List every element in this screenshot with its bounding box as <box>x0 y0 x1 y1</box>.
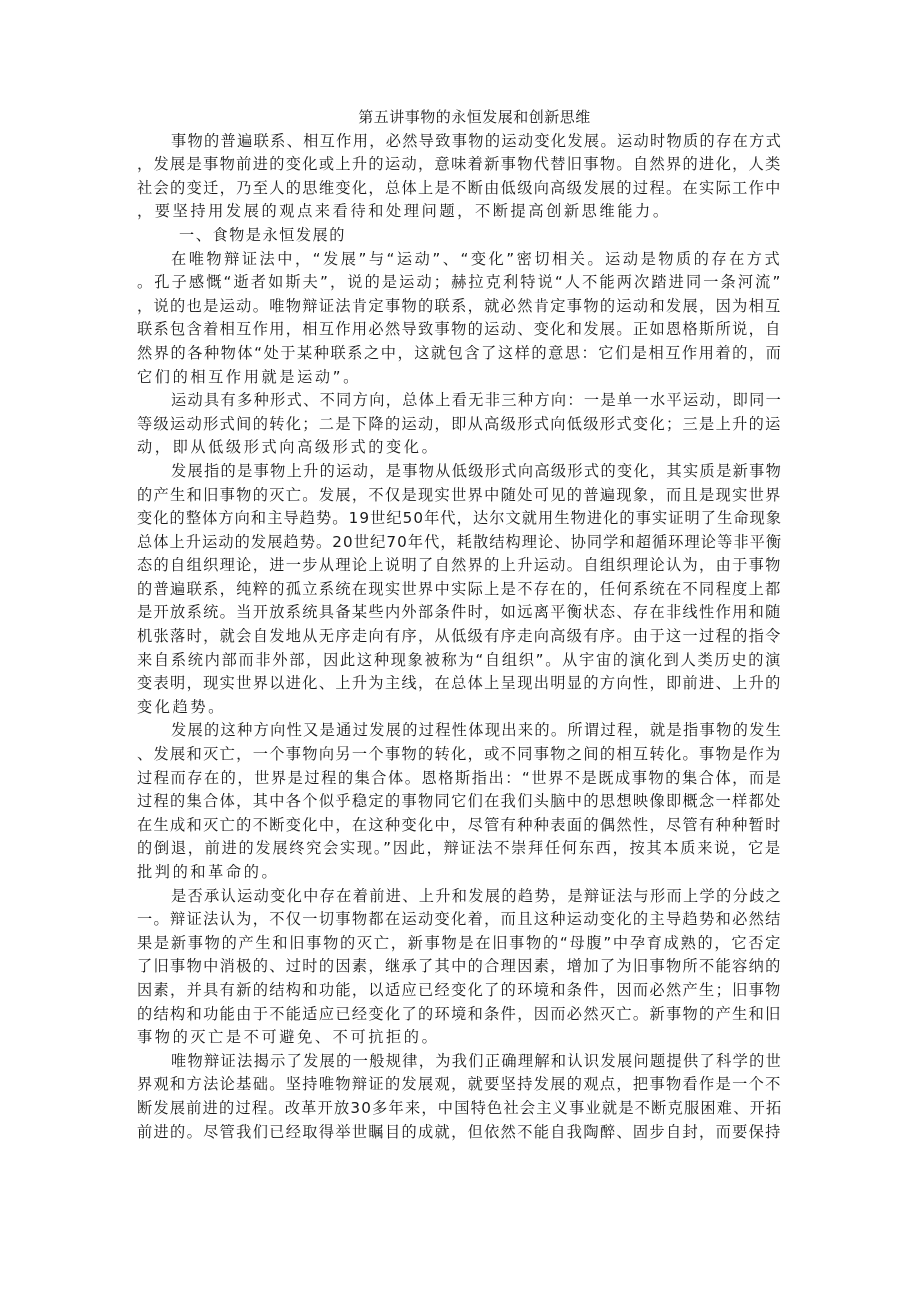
paragraph-line: 态的自组织理论，进一步从理论上说明了自然界的上升运动。自组织理论认为，由于事物 <box>137 554 782 578</box>
paragraph-line: 唯物辩证法揭示了发展的一般规律，为我们正确理解和认识发展问题提供了科学的世 <box>137 1050 782 1074</box>
paragraph-line: 动，即从低级形式向高级形式的变化。 <box>137 436 782 460</box>
paragraph-line: 是否承认运动变化中存在着前进、上升和发展的趋势，是辩证法与形而上学的分歧之 <box>137 885 782 909</box>
paragraph-line: ，说的也是运动。唯物辩证法肯定事物的联系，就必然肯定事物的运动和发展，因为相互 <box>137 295 782 319</box>
paragraph-line: 它们的相互作用就是运动”。 <box>137 366 782 390</box>
paragraph-line: 的普遍联系，纯粹的孤立系统在现实世界中实际上是不存在的，任何系统在不同程度上都 <box>137 578 782 602</box>
paragraph-line: 来自系统内部而非外部，因此这种现象被称为“自组织”。从宇宙的演化到人类历史的演 <box>137 649 782 673</box>
paragraph-line: 过程而存在的，世界是过程的集合体。恩格斯指出：“世界不是既成事物的集合体，而是 <box>137 767 782 791</box>
paragraph-line: 了旧事物中消极的、过时的因素，继承了其中的合理因素，增加了为旧事物所不能容纳的 <box>137 955 782 979</box>
paragraph-line: 的产生和旧事物的灭亡。发展，不仅是现实世界中随处可见的普遍现象，而且是现实世界 <box>137 484 782 508</box>
paragraph-line: 总体上升运动的发展趋势。20世纪70年代，耗散结构理论、协同学和超循环理论等非平… <box>137 531 782 555</box>
paragraph-line: 断发展前进的过程。改革开放30多年来，中国特色社会主义事业就是不断克服困难、开拓 <box>137 1097 782 1121</box>
paragraph-line: 等级运动形式间的转化；二是下降的运动，即从高级形式向低级形式变化；三是上升的运 <box>137 413 782 437</box>
paragraph-line: 。孔子感慨“逝者如斯夫”，说的是运动；赫拉克利特说“人不能两次踏进同一条河流” <box>137 271 782 295</box>
paragraph-line: 然界的各种物体“处于某种联系之中，这就包含了这样的意思：它们是相互作用着的，而 <box>137 342 782 366</box>
paragraph-line: 过程的集合体，其中各个似乎稳定的事物同它们在我们头脑中的思想映像即概念一样都处 <box>137 790 782 814</box>
paragraph-line: 变表明，现实世界以进化、上升为主线，在总体上呈现出明显的方向性，即前进、上升的 <box>137 672 782 696</box>
paragraph-line: 的倒退，前进的发展终究会实现。”因此，辩证法不崇拜任何东西，按其本质来说，它是 <box>137 837 782 861</box>
paragraph-line: 一。辩证法认为，不仅一切事物都在运动变化着，而且这种运动变化的主导趋势和必然结 <box>137 908 782 932</box>
paragraph-line: ，要坚持用发展的观点来看待和处理问题，不断提高创新思维能力。 <box>137 200 782 224</box>
paragraph-line: 变化的整体方向和主导趋势。19世纪50年代，达尔文就用生物进化的事实证明了生命现… <box>137 507 782 531</box>
section-heading: 一、食物是永恒发展的 <box>137 224 782 248</box>
paragraph-line: 界观和方法论基础。坚持唯物辩证的发展观，就要坚持发展的观点，把事物看作是一个不 <box>137 1073 782 1097</box>
paragraph-line: 的结构和功能由于不能适应已经变化了的环境和条件，因而必然灭亡。新事物的产生和旧 <box>137 1003 782 1027</box>
paragraph-line: 果是新事物的产生和旧事物的灭亡，新事物是在旧事物的“母腹”中孕育成熟的，它否定 <box>137 932 782 956</box>
paragraph-line: 批判的和革命的。 <box>137 861 782 885</box>
paragraph-line: ，发展是事物前进的变化或上升的运动，意味着新事物代替旧事物。自然界的进化，人类 <box>137 153 782 177</box>
paragraph-line: 前进的。尽管我们已经取得举世瞩目的成就，但依然不能自我陶醉、固步自封，而要保持 <box>137 1121 782 1145</box>
paragraph-line: 事物的灭亡是不可避免、不可抗拒的。 <box>137 1026 782 1050</box>
paragraph-line: 在唯物辩证法中，“发展”与“运动”、“变化”密切相关。运动是物质的存在方式 <box>137 248 782 272</box>
paragraph-line: 社会的变迁，乃至人的思维变化，总体上是不断由低级向高级发展的过程。在实际工作中 <box>137 177 782 201</box>
paragraph-line: 变化趋势。 <box>137 696 782 720</box>
paragraph-line: 机张落时，就会自发地从无序走向有序，从低级有序走向高级有序。由于这一过程的指令 <box>137 625 782 649</box>
paragraph-line: 因素，并具有新的结构和功能，以适应已经变化了的环境和条件，因而必然产生；旧事物 <box>137 979 782 1003</box>
paragraph-line: 运动具有多种形式、不同方向，总体上看无非三种方向：一是单一水平运动，即同一 <box>137 389 782 413</box>
document-body: 事物的普遍联系、相互作用，必然导致事物的运动变化发展。运动时物质的存在方式，发展… <box>137 130 782 1145</box>
paragraph-line: 发展指的是事物上升的运动，是事物从低级形式向高级形式的变化，其实质是新事物 <box>137 460 782 484</box>
paragraph-line: 是开放系统。当开放系统具备某些内外部条件时，如远离平衡状态、存在非线性作用和随 <box>137 601 782 625</box>
paragraph-line: 发展的这种方向性又是通过发展的过程性体现出来的。所谓过程，就是指事物的发生 <box>137 719 782 743</box>
document-title: 第五讲事物的永恒发展和创新思维 <box>137 106 782 130</box>
document-page: 第五讲事物的永恒发展和创新思维 事物的普遍联系、相互作用，必然导致事物的运动变化… <box>137 106 782 1144</box>
paragraph-line: 在生成和灭亡的不断变化中，在这种变化中，尽管有种种表面的偶然性，尽管有种种暂时 <box>137 814 782 838</box>
paragraph-line: 事物的普遍联系、相互作用，必然导致事物的运动变化发展。运动时物质的存在方式 <box>137 130 782 154</box>
paragraph-line: 、发展和灭亡，一个事物向另一个事物的转化，或不同事物之间的相互转化。事物是作为 <box>137 743 782 767</box>
paragraph-line: 联系包含着相互作用，相互作用必然导致事物的运动、变化和发展。正如恩格斯所说，自 <box>137 318 782 342</box>
